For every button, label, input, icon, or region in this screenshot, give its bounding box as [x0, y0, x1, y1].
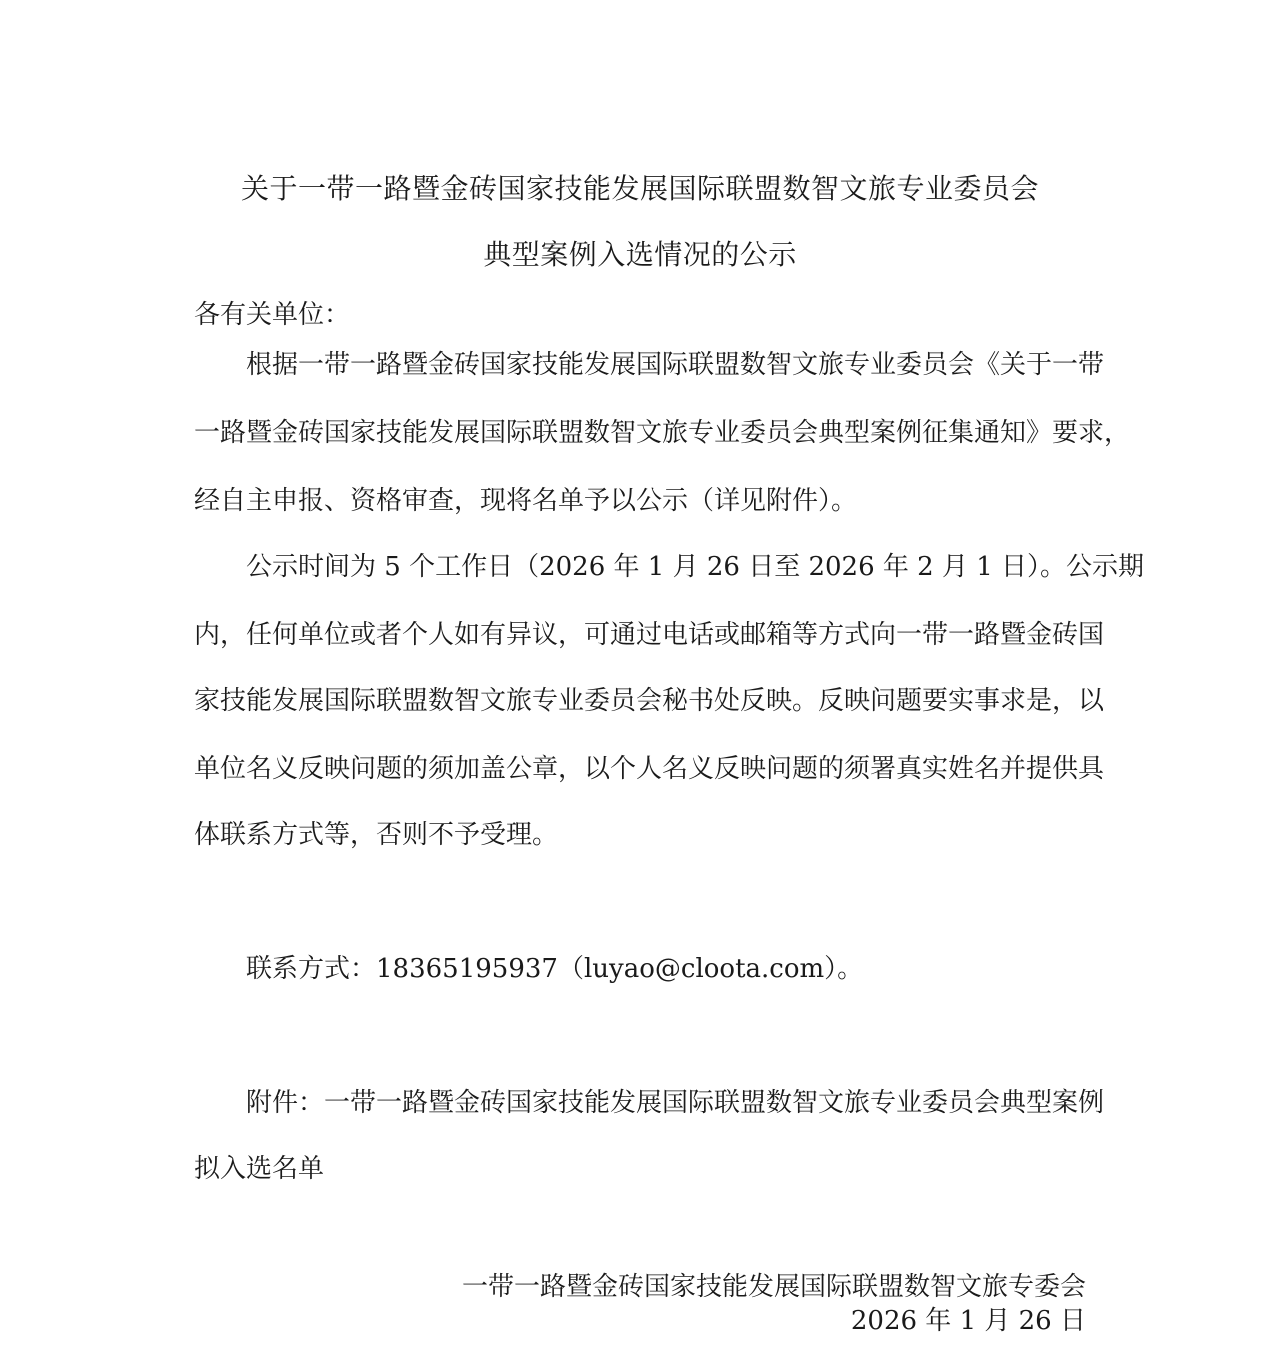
- paragraph-2-line-1: 公示时间为 5 个工作日（2026 年 1 月 26 日至 2026 年 2 月…: [246, 550, 1144, 584]
- paragraph-2-line-3: 家技能发展国际联盟数智文旅专业委员会秘书处反映。反映问题要实事求是，以: [194, 684, 1104, 718]
- attachment-line-1: 附件：一带一路暨金砖国家技能发展国际联盟数智文旅专业委员会典型案例: [246, 1086, 1104, 1120]
- paragraph-2-line-5: 体联系方式等，否则不予受理。: [194, 818, 558, 852]
- paragraph-1-line-1: 根据一带一路暨金砖国家技能发展国际联盟数智文旅专业委员会《关于一带: [246, 348, 1104, 382]
- contact-line: 联系方式：18365195937（luyao@cloota.com）。: [246, 952, 863, 986]
- paragraph-1-line-3: 经自主申报、资格审查，现将名单予以公示（详见附件）。: [194, 484, 857, 518]
- document-title-line-2: 典型案例入选情况的公示: [0, 238, 1280, 272]
- signature-date: 2026 年 1 月 26 日: [851, 1304, 1086, 1338]
- document-title-line-1: 关于一带一路暨金砖国家技能发展国际联盟数智文旅专业委员会: [0, 172, 1280, 206]
- contact-label: 联系方式：: [246, 954, 376, 984]
- signature-organization: 一带一路暨金砖国家技能发展国际联盟数智文旅专委会: [462, 1270, 1086, 1304]
- paragraph-1-line-2: 一路暨金砖国家技能发展国际联盟数智文旅专业委员会典型案例征集通知》要求，: [194, 416, 1130, 450]
- attachment-line-2: 拟入选名单: [194, 1152, 324, 1186]
- paragraph-2-line-4: 单位名义反映问题的须加盖公章，以个人名义反映问题的须署真实姓名并提供具: [194, 752, 1104, 786]
- contact-phone: 18365195937: [376, 954, 558, 984]
- paragraph-2-line-2: 内，任何单位或者个人如有异议，可通过电话或邮箱等方式向一带一路暨金砖国: [194, 618, 1104, 652]
- contact-email: （luyao@cloota.com）。: [558, 954, 863, 984]
- salutation: 各有关单位：: [194, 298, 350, 332]
